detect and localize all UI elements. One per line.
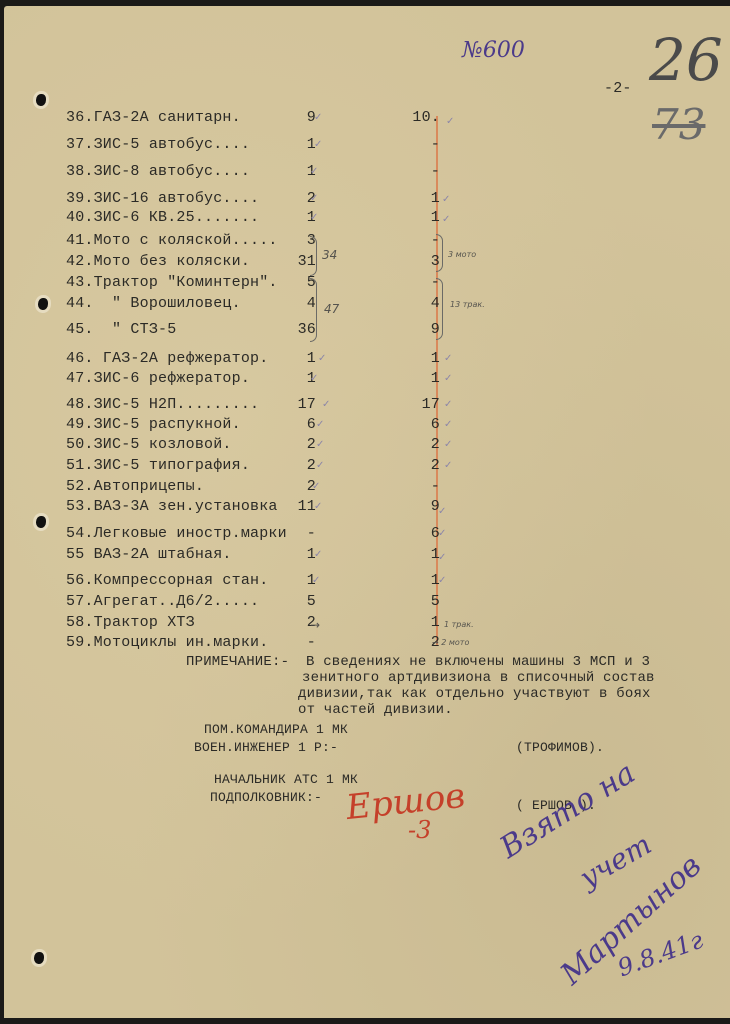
row-label: 36.ГАЗ-2А санитарн. <box>66 109 241 126</box>
row-label: 57.Агрегат..Д6/2..... <box>66 593 259 610</box>
punch-hole <box>36 94 46 106</box>
moto-sum-annotation: 34 <box>322 248 337 262</box>
sheet-number: 26 <box>649 26 723 94</box>
check-mark-icon: ✓ <box>438 506 446 517</box>
row58-annotation: 1 трак. <box>444 620 474 629</box>
check-mark-icon: ✓ <box>312 575 320 586</box>
brace-moto <box>310 236 317 276</box>
check-mark-icon: ✓ <box>442 214 450 225</box>
row-col2: 17 <box>412 396 440 413</box>
row-label: 40.ЗИС-6 КВ.25....... <box>66 209 259 226</box>
signer1-name: (ТРОФИМОВ). <box>516 740 604 755</box>
tractor-sum-annotation: 47 <box>324 302 339 316</box>
row-col1: 2 <box>292 457 316 474</box>
row-label: 51.ЗИС-5 типография. <box>66 457 250 474</box>
row-col1: - <box>292 525 316 542</box>
check-mark-icon: ✓ <box>444 373 452 384</box>
check-mark-icon: ✓ <box>322 399 330 410</box>
signer1-title: ПОМ.КОМАНДИРА 1 МК <box>204 722 348 737</box>
row-label: 37.ЗИС-5 автобус.... <box>66 136 250 153</box>
brace-tractor <box>310 278 317 342</box>
row-label: 43.Трактор "Коминтерн". <box>66 274 278 291</box>
row-col2: 5 <box>412 593 440 610</box>
note-line: от частей дивизии. <box>298 702 453 718</box>
check-mark-icon: ✓ <box>316 460 324 471</box>
check-mark-icon: ✓ <box>446 116 454 127</box>
note-label: ПРИМЕЧАНИЕ:- <box>186 654 289 670</box>
row-col1: 1 <box>292 350 316 367</box>
row-col2: 1 <box>412 370 440 387</box>
check-mark-icon: ✓ <box>316 439 324 450</box>
check-mark-icon: ✓ <box>444 439 452 450</box>
check-mark-icon: ✓ <box>442 194 450 205</box>
row-label: 49.ЗИС-5 распукной. <box>66 416 241 433</box>
check-mark-icon: ✓ <box>444 460 452 471</box>
row-col1: - <box>292 634 316 651</box>
row-col2: - <box>412 136 440 153</box>
row-label: 58.Трактор ХТЗ <box>66 614 195 631</box>
brace-moto-right <box>436 234 443 272</box>
row-col2: 2 <box>412 457 440 474</box>
check-mark-icon: ✓ <box>318 353 326 364</box>
note-line: В сведениях не включены машины 3 МСП и 3 <box>306 654 650 670</box>
row-col2: 2 <box>412 436 440 453</box>
row-label: 59.Мотоциклы ин.марки. <box>66 634 268 651</box>
row-col2: - <box>412 478 440 495</box>
check-mark-icon: ✓ <box>314 549 322 560</box>
row-label: 50.ЗИС-5 козловой. <box>66 436 232 453</box>
row59-annotation: → 2 мото <box>432 638 469 647</box>
check-mark-icon: ✓ <box>310 212 318 223</box>
row-col1: 2 <box>292 436 316 453</box>
document-page: №600 -2- 26 73 36.ГАЗ-2А санитарн.910. 3… <box>4 6 730 1018</box>
row-col2: 1 <box>412 546 440 563</box>
row-label: 39.ЗИС-16 автобус.... <box>66 190 259 207</box>
row-col2: 1 <box>412 572 440 589</box>
punch-hole <box>34 952 44 964</box>
check-mark-icon: ✓ <box>438 552 446 563</box>
signer2-title: ПОДПОЛКОВНИК:- <box>210 790 322 805</box>
row-label: 56.Компрессорная стан. <box>66 572 268 589</box>
struck-number: 73 <box>652 100 705 149</box>
punch-hole <box>36 516 46 528</box>
row-col2: 6 <box>412 525 440 542</box>
row-label: 38.ЗИС-8 автобус.... <box>66 163 250 180</box>
row-col2: 10. <box>412 109 440 126</box>
note-line: зенитного артдивизиона в списочный соста… <box>302 670 655 686</box>
row-col1: 1 <box>292 136 316 153</box>
row-col2: 1 <box>412 190 440 207</box>
check-mark-icon: ✓ <box>310 166 318 177</box>
red-signature: Ершов <box>344 776 467 828</box>
brace-tractor-right <box>436 278 443 340</box>
punch-hole <box>38 298 48 310</box>
check-mark-icon: ✓ <box>312 481 320 492</box>
check-mark-icon: ✓ <box>314 501 322 512</box>
row-label: 48.ЗИС-5 Н2П......... <box>66 396 259 413</box>
check-mark-icon: ✓ <box>310 373 318 384</box>
row-col1: 6 <box>292 416 316 433</box>
row-label: 52.Автоприцепы. <box>66 478 204 495</box>
row-col1: 17 <box>292 396 316 413</box>
row-label: 53.ВАЗ-3А зен.установка <box>66 498 278 515</box>
row-col2: 9 <box>412 498 440 515</box>
check-mark-icon: ✓ <box>438 528 446 539</box>
note-line: дивизии,так как отдельно участвуют в боя… <box>298 686 651 702</box>
tractor-note-annotation: 13 трак. <box>450 300 485 309</box>
row-label: 45. " СТЗ-5 <box>66 321 176 338</box>
check-mark-icon: ✓ <box>444 419 452 430</box>
row-col1: 9 <box>292 109 316 126</box>
doc-number: №600 <box>462 38 525 63</box>
check-mark-icon: ✓ <box>310 193 318 204</box>
check-mark-icon: ✓ <box>316 419 324 430</box>
row-label: 41.Мото с коляской..... <box>66 232 278 249</box>
check-mark-icon: ✓ <box>438 575 446 586</box>
row-label: 42.Мото без коляски. <box>66 253 250 270</box>
row-col2: 1 <box>412 614 440 631</box>
row-label: 54.Легковые иностр.марки <box>66 525 287 542</box>
row-label: 46. ГАЗ-2А рефжератор. <box>66 350 268 367</box>
row-col2: 1 <box>412 350 440 367</box>
row-label: 47.ЗИС-6 рефжератор. <box>66 370 250 387</box>
check-mark-icon: ✓ <box>314 139 322 150</box>
moto-note-annotation: 3 мото <box>448 250 476 259</box>
check-mark-icon: ✓ <box>444 353 452 364</box>
arrow-icon: → <box>310 618 320 632</box>
page-marker: -2- <box>604 80 632 97</box>
row-col1: 11 <box>292 498 316 515</box>
check-mark-icon: ✓ <box>444 399 452 410</box>
row-col2: - <box>412 163 440 180</box>
row-col2: 1 <box>412 209 440 226</box>
signer2-title: НАЧАЛЬНИК АТС 1 МК <box>214 772 358 787</box>
red-mark: -3 <box>408 816 431 844</box>
row-col1: 5 <box>292 593 316 610</box>
row-col2: 6 <box>412 416 440 433</box>
row-label: 44. " Ворошиловец. <box>66 295 241 312</box>
signer1-title: ВОЕН.ИНЖЕНЕР 1 Р:- <box>194 740 338 755</box>
row-col1: 1 <box>292 546 316 563</box>
row-label: 55 ВАЗ-2А штабная. <box>66 546 232 563</box>
check-mark-icon: ✓ <box>314 112 322 123</box>
